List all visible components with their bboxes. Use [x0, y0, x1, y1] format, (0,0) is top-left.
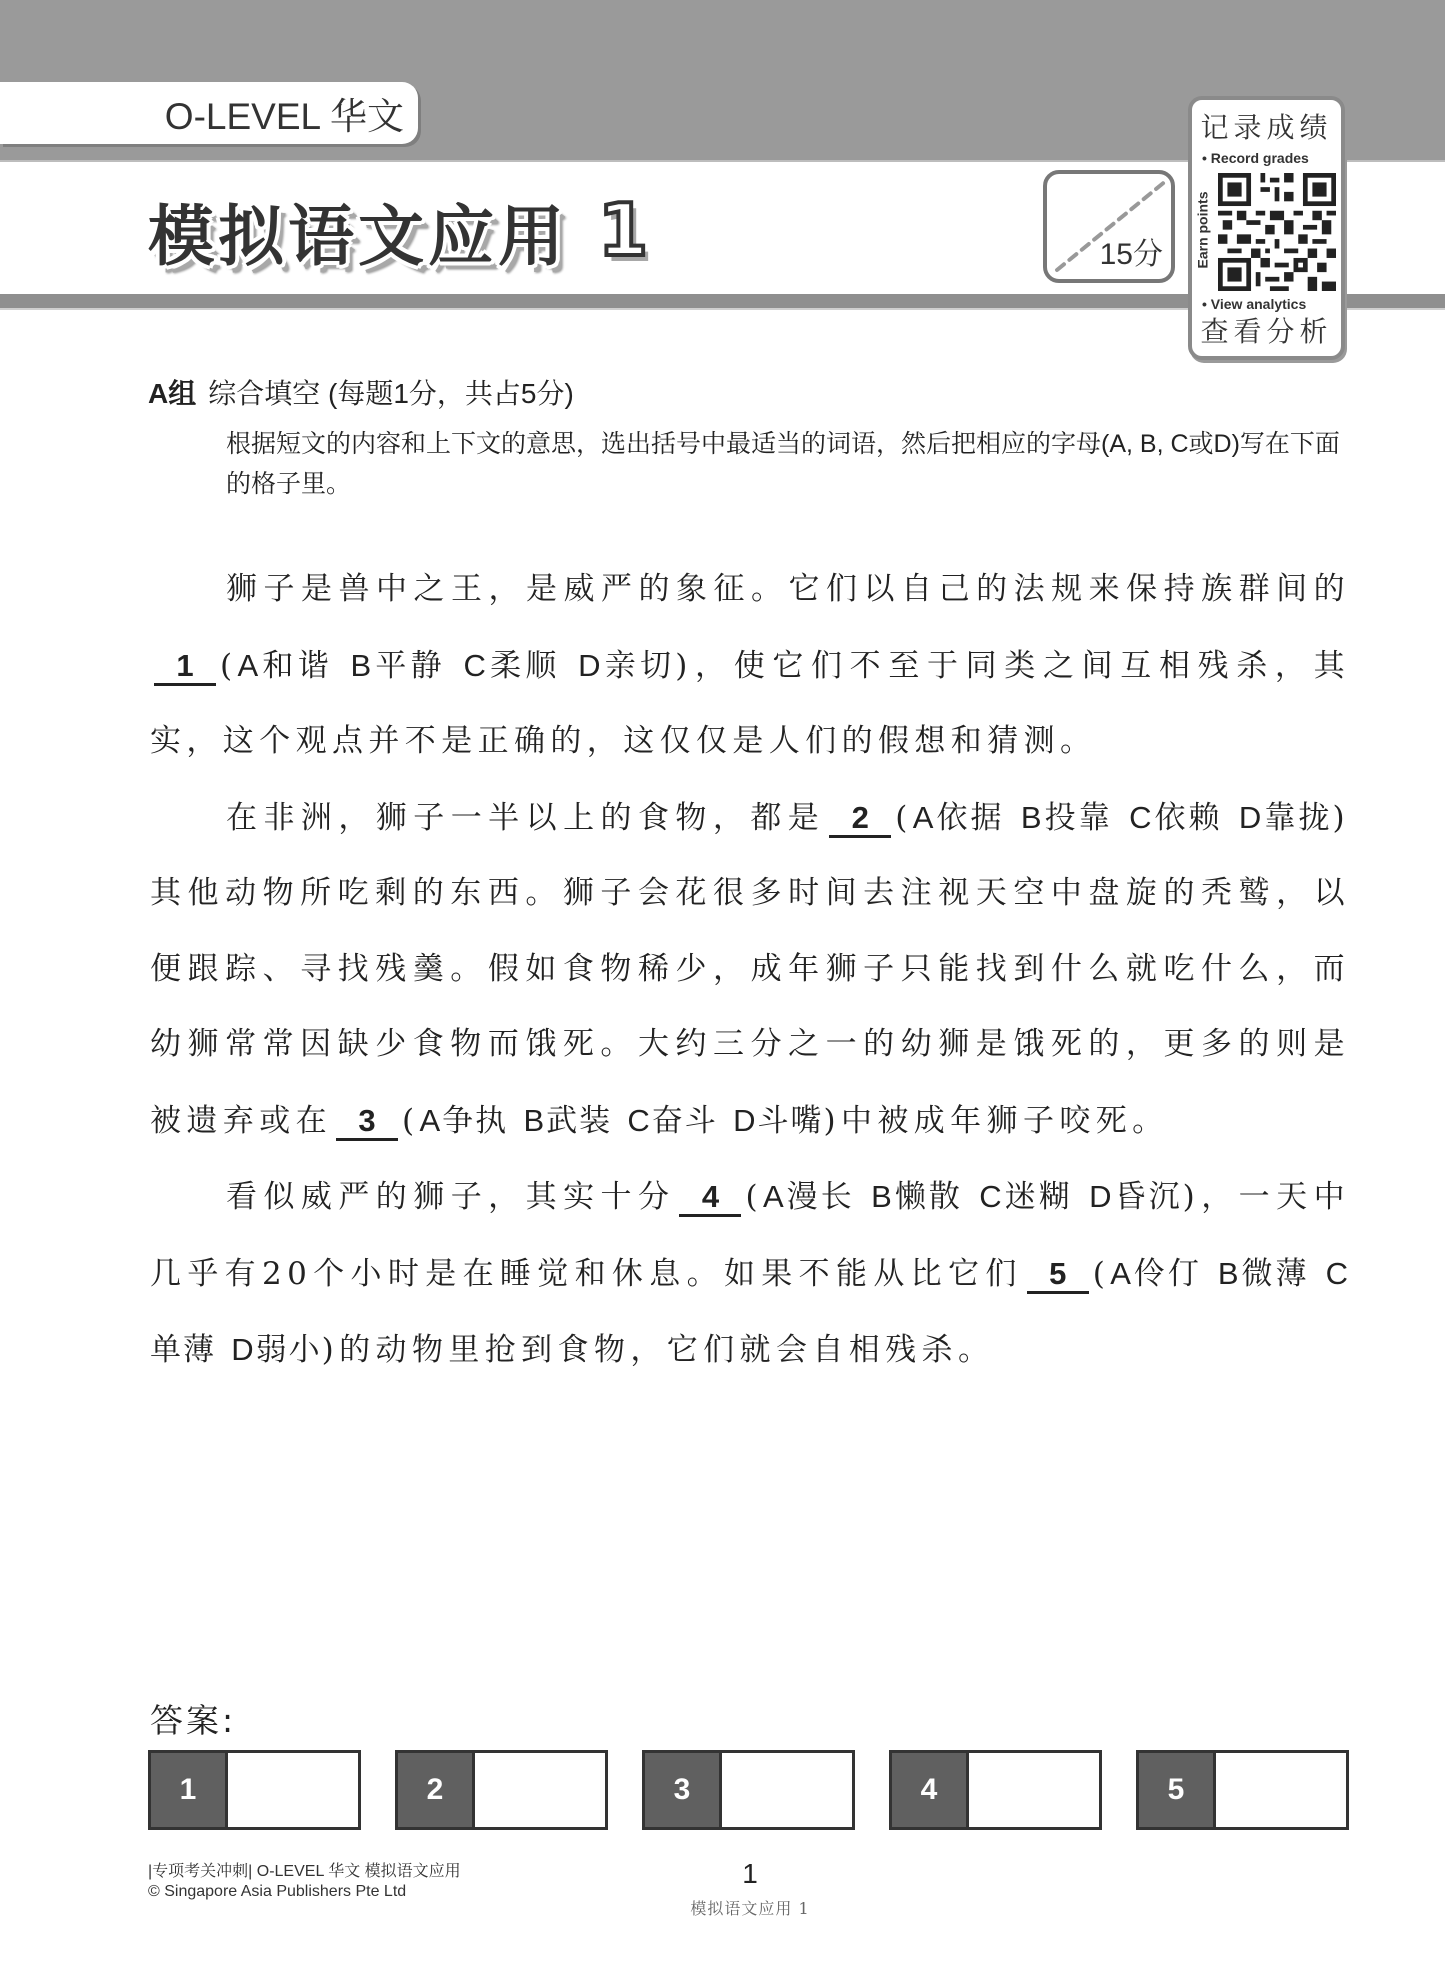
options-4: (A漫长 B懒散 C迷糊 D昏沉)	[745, 1179, 1200, 1215]
section-group: A组	[148, 378, 196, 409]
answer-box-2: 2	[395, 1750, 608, 1830]
answer-box-3: 3	[642, 1750, 855, 1830]
series-label-tab: O-LEVEL 华文	[0, 82, 418, 144]
answer-number: 5	[1139, 1753, 1213, 1827]
qr-card[interactable]: 记录成绩 • Record grades Earn points • View …	[1188, 96, 1345, 360]
passage-text: 中被成年狮子咬死。	[841, 1103, 1169, 1139]
series-label: O-LEVEL 华文	[165, 86, 404, 140]
blank-3: 3	[336, 1104, 398, 1141]
answer-box-1: 1	[148, 1750, 361, 1830]
passage: 狮子是兽中之王，是威严的象征。它们以自己的法规来保持族群间的1(A和谐 B平静 …	[150, 552, 1350, 1389]
passage-text: 在非洲，狮子一半以上的食物，都是	[226, 800, 825, 836]
blank-2: 2	[829, 801, 891, 838]
blank-4: 4	[679, 1180, 741, 1217]
passage-paragraph-1: 狮子是兽中之王，是威严的象征。它们以自己的法规来保持族群间的1(A和谐 B平静 …	[150, 552, 1350, 780]
page-title-number: 1	[598, 188, 652, 272]
page-title-text: 模拟语文应用	[148, 183, 568, 278]
score-total: 15分	[1100, 229, 1163, 273]
qr-bottom-label: 查看分析	[1192, 310, 1341, 350]
answer-number: 3	[645, 1753, 719, 1827]
qr-record-grades: • Record grades	[1202, 150, 1309, 166]
page-title: 模拟语文应用 1	[148, 180, 652, 280]
qr-top-label: 记录成绩	[1192, 106, 1341, 146]
answer-number: 1	[151, 1753, 225, 1827]
answer-row: 1 2 3 4 5	[148, 1750, 1348, 1830]
page-number: 1	[720, 1858, 780, 1890]
answer-input-3[interactable]	[719, 1753, 852, 1827]
answer-box-4: 4	[889, 1750, 1102, 1830]
options-2: (A依据 B投靠 C依赖 D靠拢)	[895, 800, 1350, 836]
section-heading: A组综合填空 (每题1分，共占5分)	[148, 372, 574, 412]
score-box: 15分	[1043, 170, 1175, 283]
answer-number: 2	[398, 1753, 472, 1827]
options-1: (A和谐 B平静 C柔顺 D亲切)	[220, 648, 693, 684]
passage-text: 的动物里抢到食物，它们就会自相残杀。	[339, 1332, 994, 1368]
footer-copyright: © Singapore Asia Publishers Pte Ltd	[148, 1882, 461, 1902]
qr-code-icon[interactable]	[1218, 170, 1336, 294]
page-subtitle: 模拟语文应用 1	[680, 1896, 820, 1919]
qr-earn-points: Earn points	[1195, 191, 1211, 268]
answer-input-4[interactable]	[966, 1753, 1099, 1827]
section-title: 综合填空 (每题1分，共占5分)	[208, 378, 574, 409]
passage-paragraph-3: 看似威严的狮子，其实十分4(A漫长 B懒散 C迷糊 D昏沉)，一天中几乎有20个…	[150, 1159, 1350, 1389]
options-3: (A争执 B武装 C奋斗 D斗嘴)	[402, 1103, 841, 1139]
section-instructions: 根据短文的内容和上下文的意思，选出括号中最适当的词语，然后把相应的字母(A, B…	[226, 424, 1356, 504]
passage-text: 其他动物所吃剩的东西。狮子会花很多时间去注视天空中盘旋的秃鹫，以便跟踪、寻找残羹…	[150, 875, 1350, 1139]
passage-text: 狮子是兽中之王，是威严的象征。它们以自己的法规来保持族群间的	[226, 571, 1350, 607]
answer-label: 答案:	[150, 1695, 236, 1742]
blank-5: 5	[1027, 1257, 1089, 1294]
answer-box-5: 5	[1136, 1750, 1349, 1830]
answer-number: 4	[892, 1753, 966, 1827]
passage-paragraph-2: 在非洲，狮子一半以上的食物，都是2(A依据 B投靠 C依赖 D靠拢)其他动物所吃…	[150, 780, 1350, 1160]
footer-series: |专项考关冲刺| O-LEVEL 华文 模拟语文应用	[148, 1862, 461, 1882]
passage-text: 看似威严的狮子，其实十分	[226, 1179, 675, 1215]
footer-credits: |专项考关冲刺| O-LEVEL 华文 模拟语文应用 © Singapore A…	[148, 1862, 461, 1902]
answer-input-1[interactable]	[225, 1753, 358, 1827]
blank-1: 1	[154, 649, 216, 686]
answer-input-5[interactable]	[1213, 1753, 1346, 1827]
answer-input-2[interactable]	[472, 1753, 605, 1827]
